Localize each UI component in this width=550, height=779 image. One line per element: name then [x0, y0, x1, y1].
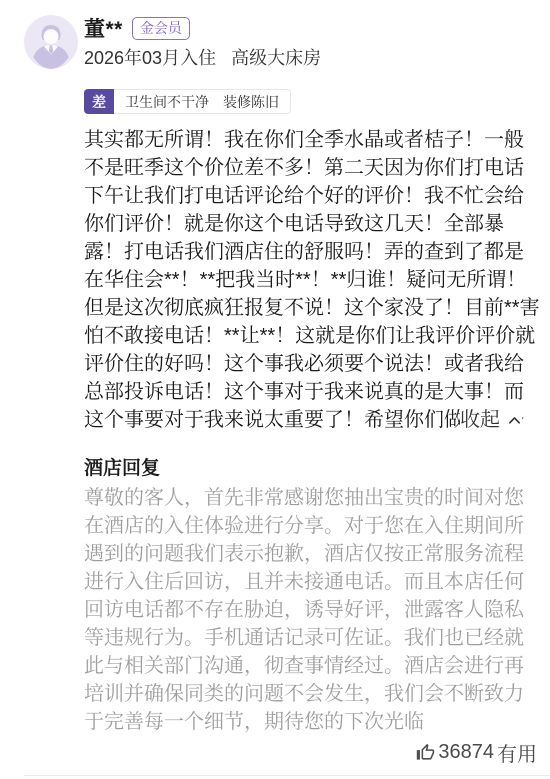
tag-item: 装修陈旧 — [223, 92, 279, 112]
review-card: 董** 金会员 2026年03月入住 高级大床房 差 卫生间不干净 装修陈旧 其… — [0, 0, 550, 779]
user-header: 董** 金会员 — [84, 0, 542, 40]
hotel-reply-text: 尊敬的客人，首先非常感谢您抽出宝贵的时间对您在酒店的入住体验进行分享。对于您在入… — [84, 484, 542, 736]
thumb-up-icon — [416, 743, 435, 762]
tag-item: 卫生间不干净 — [125, 92, 209, 112]
collapse-button[interactable]: 收起 — [460, 406, 522, 434]
stay-info: 2026年03月入住 高级大床房 — [84, 45, 542, 69]
review-tags: 差 卫生间不干净 装修陈旧 — [84, 89, 542, 114]
hotel-reply-title: 酒店回复 — [84, 453, 542, 479]
bottom-divider — [24, 775, 550, 776]
chevron-up-icon — [507, 413, 522, 428]
member-level-badge: 金会员 — [132, 17, 190, 40]
username: 董** — [84, 13, 123, 43]
helpful-count: 36874 — [438, 741, 494, 764]
helpful-button[interactable]: 36874有用 — [416, 738, 537, 767]
helpful-label: 有用 — [497, 738, 537, 767]
stay-date: 2026年03月入住 — [84, 44, 216, 70]
tags-box: 卫生间不干净 装修陈旧 — [114, 89, 291, 114]
review-text: 其实都无所谓！我在你们全季水晶或者桔子！一般不是旺季这个价位差不多！第二天因为你… — [84, 129, 540, 431]
collapse-label: 收起 — [460, 406, 500, 434]
room-type: 高级大床房 — [231, 44, 321, 70]
rating-badge: 差 — [84, 89, 114, 114]
helpful-row: 36874有用 — [84, 739, 542, 765]
review-body: 其实都无所谓！我在你们全季水晶或者桔子！一般不是旺季这个价位差不多！第二天因为你… — [84, 126, 542, 434]
avatar — [24, 15, 78, 69]
